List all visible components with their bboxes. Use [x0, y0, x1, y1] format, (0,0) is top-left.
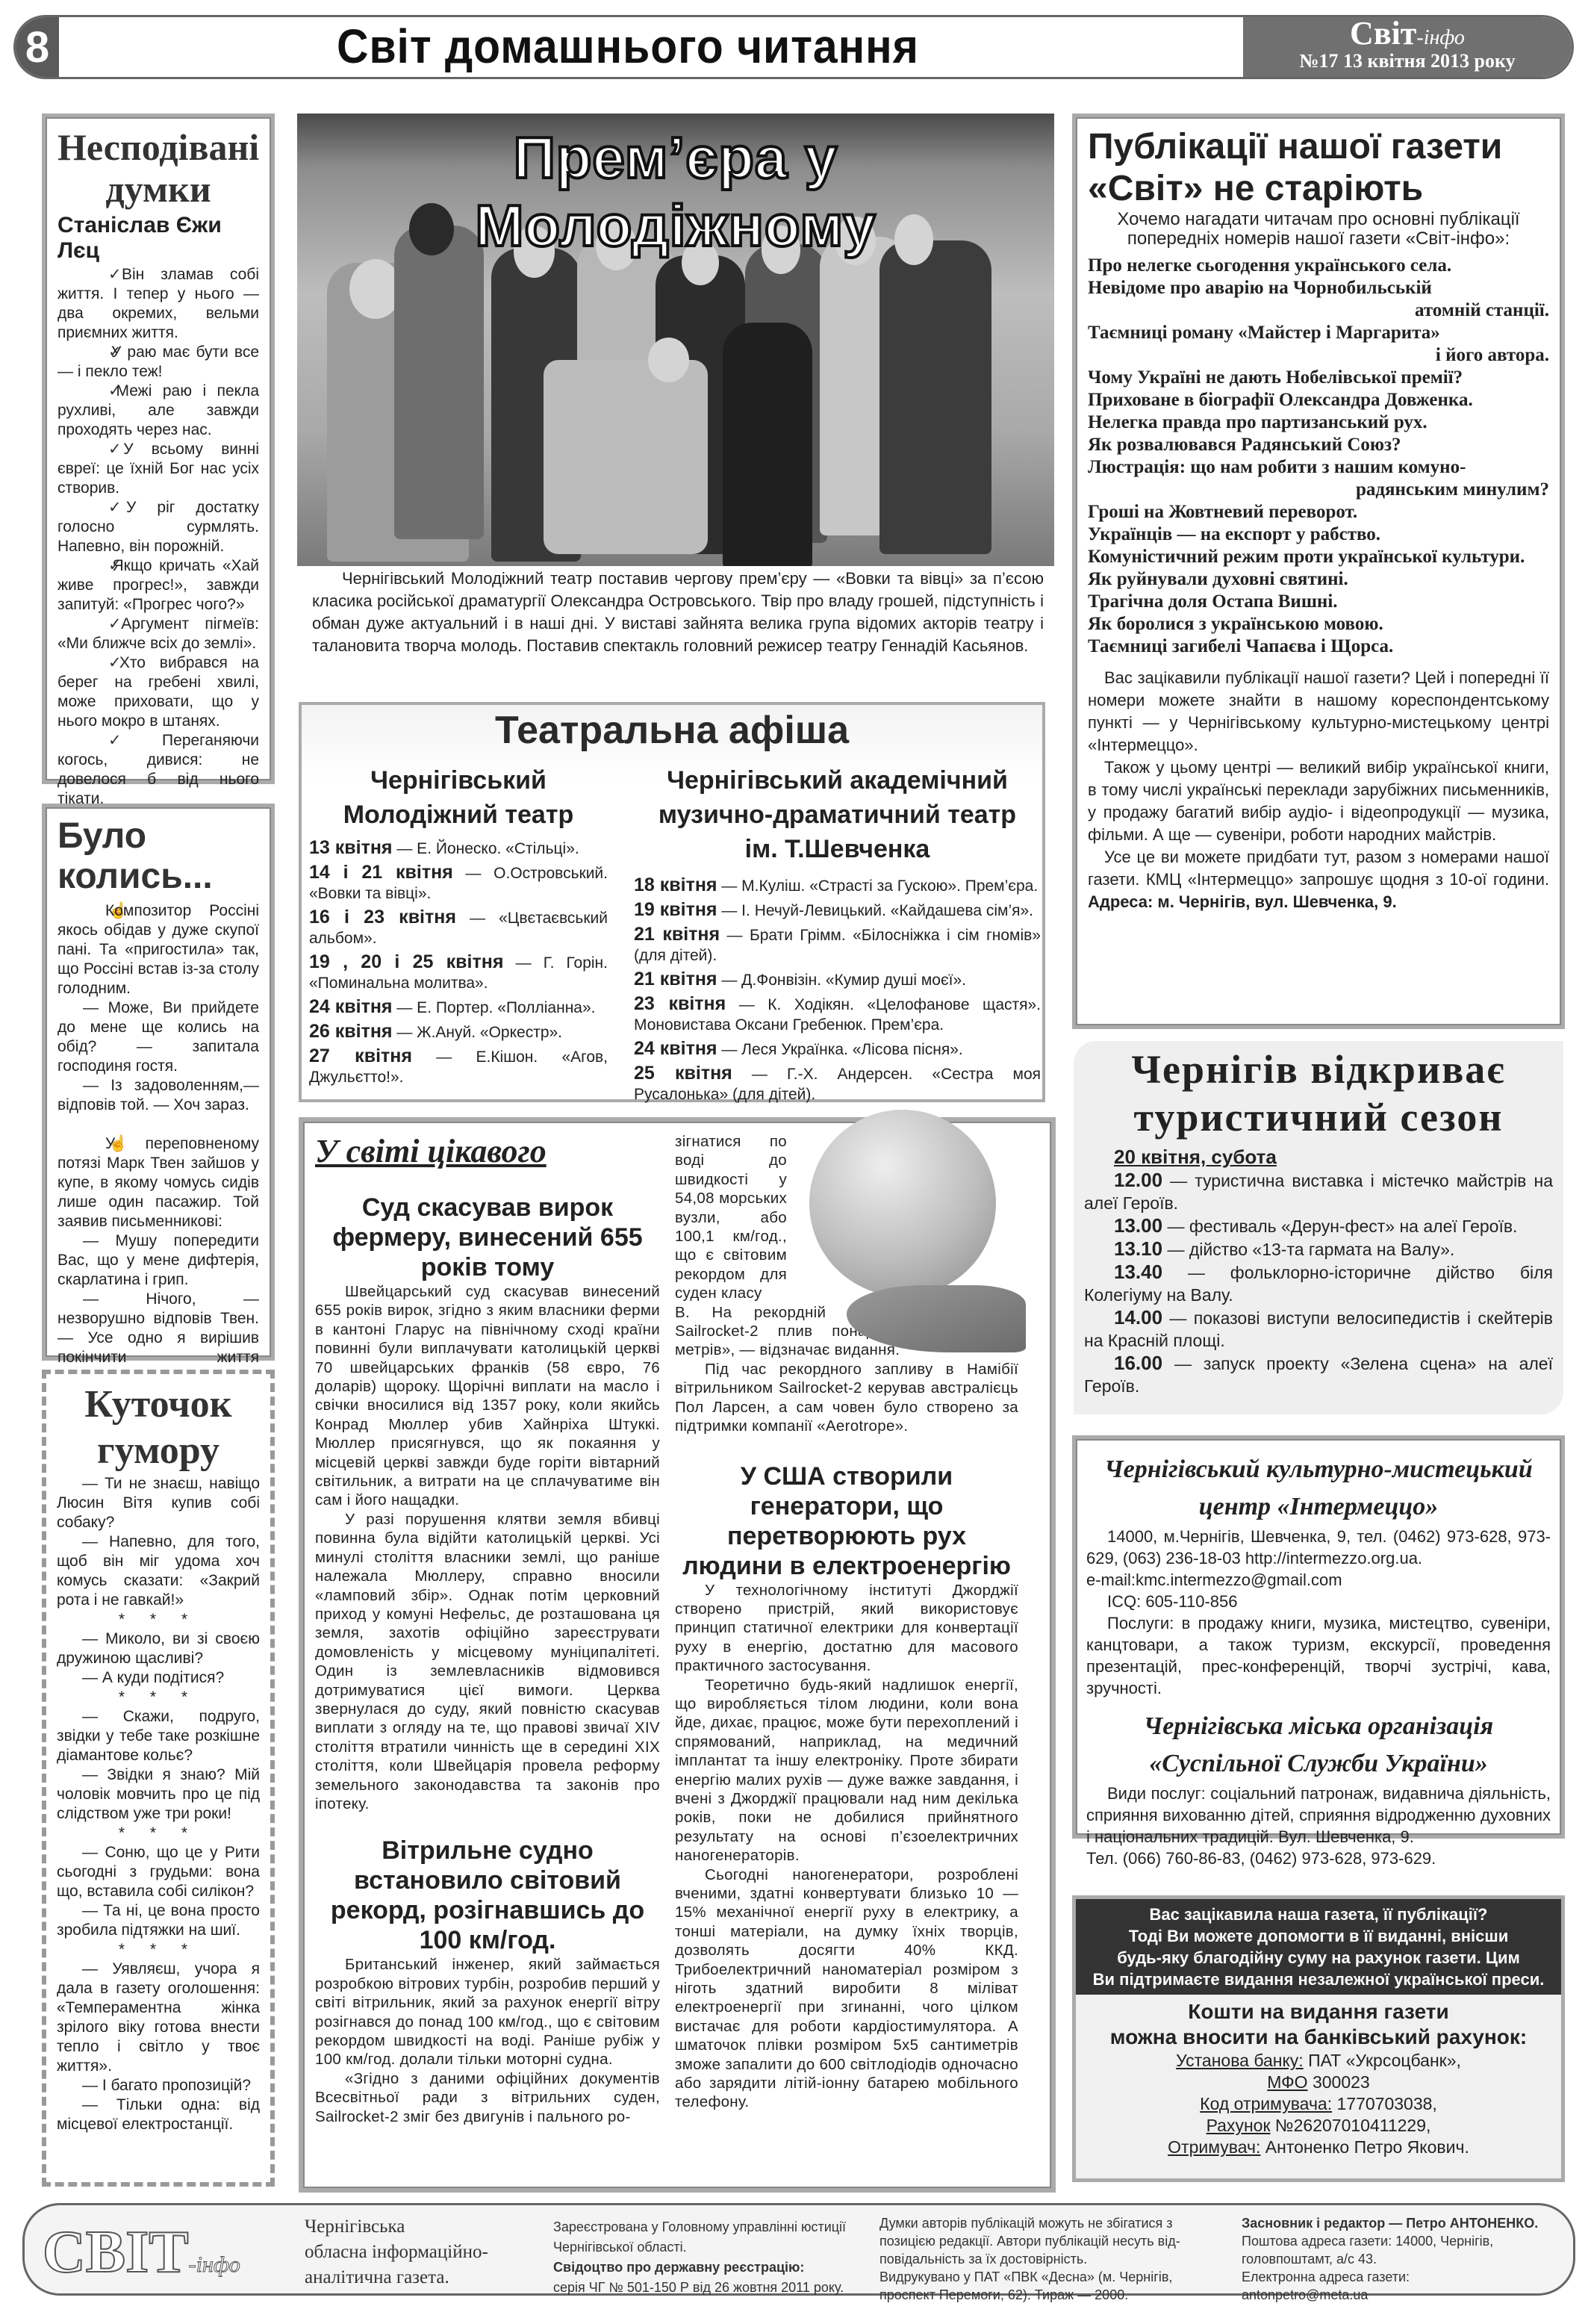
publications-body: Вас зацікавили публікації нашої газети? …: [1088, 667, 1549, 913]
joke-line: — Напевно, для того, щоб він міг удома х…: [57, 1532, 260, 1610]
masthead: 8 Світ домашнього читання Світ-інфо №17 …: [13, 15, 1574, 79]
shevchenko-theatre-plays: 18 квітня — М.Куліш. «Страсті за Гускою»…: [634, 875, 1041, 1104]
aphorism-item: ✓ Хто вибрався на берег на гребені хвилі…: [57, 653, 259, 731]
play-date: 14 і 21 квітня: [309, 862, 453, 883]
pointing-hand-icon: ☝: [83, 901, 105, 921]
play-date: 18 квітня: [634, 874, 717, 895]
play-date: 24 квітня: [634, 1038, 717, 1059]
premiere-photo: Прем’єра у Молодіжному: [297, 114, 1054, 566]
premiere-caption: Чернігівський Молодіжний театр поставив …: [312, 568, 1044, 657]
play-item: 23 квітня — К. Ходікян. «Целофанове щаст…: [634, 994, 1041, 1035]
youth-theatre-plays: 13 квітня — Е. Йонеско. «Стільці».14 і 2…: [309, 838, 608, 1087]
check-icon: ✓: [83, 440, 105, 459]
section-title: Світ домашнього читання: [337, 19, 919, 74]
social-phone: Тел. (066) 760-86-83, (0462) 973-628, 97…: [1086, 1848, 1551, 1869]
aphorism-item: ✓ У всьому винні євреї: це їхній Бог нас…: [57, 440, 259, 498]
check-icon: ✓: [83, 498, 105, 518]
joke-line: — Ти не знаєш, навіщо Люсин Вітя купив с…: [57, 1474, 260, 1532]
footer: СВІТ-інфо Чернігівськаобласна інформацій…: [22, 2203, 1575, 2296]
aphorism-item: ✓ Межі раю і пекла рухливі, але завжди п…: [57, 382, 259, 440]
joke-line: — А куди подітися?: [57, 1668, 260, 1688]
page-number: 8: [16, 17, 59, 77]
footer-disclaimer: Думки авторів публікацій можуть не збіга…: [879, 2214, 1180, 2304]
article-paragraph: Сьогодні наногенератори, розроблені вчен…: [675, 1865, 1018, 2112]
footer-line: повідальність за їх достовірність.: [879, 2250, 1180, 2268]
check-icon: ✓: [83, 265, 105, 285]
tourism-event: 13.40 — фольклорно-історичне дійство біл…: [1084, 1261, 1553, 1306]
joke-line: — Соню, що це у Рити сьогодні з грудьми:…: [57, 1843, 260, 1901]
play-item: 21 квітня — Брати Грімм. «Білосніжка і с…: [634, 925, 1041, 966]
tourism-events: 12.00 — туристична виставка і містечко м…: [1084, 1169, 1553, 1397]
event-time: 13.40: [1114, 1261, 1162, 1283]
story-paragraph: — Із задоволенням,— відповів той. — Хоч …: [57, 1076, 259, 1115]
check-icon: ✓: [83, 653, 105, 673]
publication-item: Українців — на експорт у рабство.: [1088, 523, 1549, 546]
joke-line: — Скажи, подруго, звідки у тебе таке роз…: [57, 1707, 260, 1765]
bank-details: Установа банку: ПАТ «Укрсоцбанк», МФО 30…: [1076, 2050, 1561, 2158]
publication-item: Приховане в біографії Олександра Довженк…: [1088, 389, 1549, 411]
tourism-event: 13.10 — дійство «13-та гармата на Валу».: [1084, 1237, 1553, 1261]
once-upon-box: Було колись... ☝Композитор Россіні якось…: [42, 804, 275, 1361]
play-item: 24 квітня — Леся Українка. «Лісова пісня…: [634, 1039, 1041, 1060]
joke-separator: * * *: [57, 1824, 260, 1843]
publications-box: Публікації нашої газети«Світ» не старіют…: [1072, 114, 1565, 1029]
publications-list: Про нелегке сьогодення українського села…: [1088, 255, 1549, 658]
social-services: Види послуг: соціальний патронаж, видавн…: [1086, 1783, 1551, 1848]
check-icon: ✓: [83, 343, 105, 362]
tourism-box: Чернігів відкриваєтуристичний сезон 20 к…: [1074, 1041, 1563, 1414]
tourism-title: Чернігів відкриваєтуристичний сезон: [1084, 1046, 1553, 1141]
play-item: 24 квітня — Е. Портер. «Полліанна».: [309, 997, 608, 1018]
play-date: 13 квітня: [309, 837, 393, 858]
footer-line: Чернігівської області.: [553, 2237, 846, 2258]
footer-logo: СВІТ-інфо: [43, 2219, 240, 2287]
story-paragraph: ☝Композитор Россіні якось обідав у дуже …: [57, 901, 259, 998]
intermezzo-icq: ICQ: 605-110-856: [1086, 1591, 1551, 1612]
shevchenko-theatre-name: Чернігівський академічниймузично-драмати…: [634, 763, 1041, 866]
footer-editor: Засновник і редактор — Петро АНТОНЕНКО.П…: [1242, 2214, 1538, 2304]
publication-item: Чому Україні не дають Нобелівської премі…: [1088, 367, 1549, 389]
story-twain: ☝У переповненому потязі Марк Твен зайшов…: [57, 1134, 259, 1406]
play-item: 14 і 21 квітня — О.Островський. «Вовки т…: [309, 863, 608, 904]
story-paragraph: — Може, Ви прийдете до мене ще колись на…: [57, 998, 259, 1076]
story-paragraph: — Мушу попередити Вас, що у мене дифтері…: [57, 1231, 259, 1290]
issue-info: №17 13 квітня 2013 року: [1243, 50, 1572, 72]
intermezzo-contacts: 14000, м.Чернігів, Шевченка, 9, тел. (04…: [1086, 1526, 1551, 1569]
publication-item-continuation: радянським минулим?: [1088, 479, 1549, 501]
footer-registration: Зареєстрована у Головному управлінні юст…: [553, 2217, 846, 2298]
play-date: 23 квітня: [634, 993, 726, 1014]
joke-separator: * * *: [57, 1610, 260, 1629]
play-date: 24 квітня: [309, 996, 393, 1017]
event-time: 12.00: [1114, 1169, 1162, 1191]
footer-line: серія ЧГ № 501-150 Р від 26 жовтня 2011 …: [553, 2278, 846, 2298]
article-paragraph: Швейцарський суд скасував винесений 655 …: [315, 1282, 660, 1510]
footer-line: аналітична газета.: [305, 2265, 488, 2290]
brand-box: Світ-інфо №17 13 квітня 2013 року: [1243, 17, 1572, 77]
article-generators-title: У США створили генератори, що перетворюю…: [675, 1461, 1018, 1581]
play-item: 19 квітня — І. Нечуй-Левицький. «Кайдаше…: [634, 900, 1041, 921]
publications-title: Публікації нашої газети«Світ» не старіют…: [1088, 126, 1549, 210]
publication-item: Як руйнували духовні святині.: [1088, 568, 1549, 591]
humor-box: Куточокгумору — Ти не знаєш, навіщо Люси…: [42, 1370, 275, 2187]
aphorisms-author: Станіслав Єжи Лєц: [57, 213, 259, 264]
article-sailboat-title: Вітрильне судно встановило світовий реко…: [315, 1836, 660, 1955]
joke-line: — Тільки одна: від місцевої електростанц…: [57, 2095, 260, 2134]
event-time: 14.00: [1114, 1306, 1162, 1329]
play-item: 26 квітня — Ж.Ануй. «Оркестр».: [309, 1022, 608, 1043]
aphorism-item: ✓ У раю має бути все — і пекло теж!: [57, 343, 259, 382]
pointing-hand-icon: ☝: [83, 1134, 105, 1154]
play-item: 16 і 23 квітня — «Цвєтаєвський альбом».: [309, 907, 608, 948]
aphorism-item: ✓ Аргумент пігмеїв: «Ми ближче всіх до з…: [57, 615, 259, 653]
humor-list: — Ти не знаєш, навіщо Люсин Вітя купив с…: [57, 1474, 260, 2134]
brand-logo: Світ-інфо: [1243, 17, 1572, 50]
publication-item: Таємниці загибелі Чапаєва і Щорса.: [1088, 636, 1549, 658]
footer-line: Чернігівська: [305, 2214, 488, 2240]
humor-title: Куточокгумору: [57, 1382, 260, 1474]
joke-separator: * * *: [57, 1940, 260, 1960]
donation-heading: Кошти на видання газетиможна вносити на …: [1076, 1999, 1561, 2050]
play-item: 18 квітня — М.Куліш. «Страсті за Гускою»…: [634, 875, 1041, 896]
intermezzo-title: Чернігівський культурно-мистецькийцентр …: [1086, 1451, 1551, 1526]
youth-theatre-name: ЧернігівськийМолодіжний театр: [309, 763, 608, 832]
publication-item: Таємниці роману «Майстер і Маргарита»і й…: [1088, 322, 1549, 367]
footer-line: обласна інформаційно-: [305, 2240, 488, 2265]
tourism-date: 20 квітня, субота: [1114, 1146, 1277, 1168]
footer-line: Електронна адреса газети:: [1242, 2268, 1538, 2286]
event-time: 13.00: [1114, 1214, 1162, 1237]
centers-box: Чернігівський культурно-мистецькийцентр …: [1072, 1435, 1565, 1839]
aphorism-item: ✓ Переганяючи когось, дивися: не довелос…: [57, 731, 259, 809]
aphorism-item: ✓ Якщо кричать «Хай живе прогрес!», завж…: [57, 556, 259, 615]
article-paragraph: У разі порушення клятви земля вбивці пов…: [315, 1510, 660, 1814]
play-date: 26 квітня: [309, 1021, 393, 1042]
tourism-event: 16.00 — запуск проекту «Зелена сцена» на…: [1084, 1352, 1553, 1397]
play-item: 19 , 20 і 25 квітня — Г. Горін. «Поминал…: [309, 952, 608, 993]
intermezzo-email[interactable]: e-mail:kmc.intermezzo@gmail.com: [1086, 1569, 1551, 1591]
publication-item: Як розвалювався Радянський Союз?: [1088, 434, 1549, 456]
footer-description: Чернігівськаобласна інформаційно-аналіти…: [305, 2214, 488, 2290]
footer-line: Засновник і редактор — Петро АНТОНЕНКО.: [1242, 2214, 1538, 2232]
check-icon: ✓: [83, 382, 105, 401]
joke-separator: * * *: [57, 1688, 260, 1707]
play-date: 19 квітня: [634, 899, 717, 920]
publication-item: Як боролися з українською мовою.: [1088, 613, 1549, 636]
play-date: 19 , 20 і 25 квітня: [309, 951, 503, 972]
play-date: 21 квітня: [634, 924, 720, 945]
tourism-event: 12.00 — туристична виставка і містечко м…: [1084, 1169, 1553, 1214]
play-item: 27 квітня — Е.Кішон. «Агов, Джульєтто!».: [309, 1046, 608, 1087]
footer-line: проспект Перемоги, 62). Тираж — 2000.: [879, 2286, 1180, 2304]
aphorism-item: ✓ У ріг достатку голосно сурмлять. Напев…: [57, 498, 259, 556]
story-rossini: ☝Композитор Россіні якось обідав у дуже …: [57, 901, 259, 1115]
joke-line: — Та ні, це вона просто зробила підтяжки…: [57, 1901, 260, 1940]
donation-appeal: Вас зацікавила наша газета, її публікаці…: [1076, 1899, 1561, 1995]
publication-item: Невідоме про аварію на Чорнобильськійато…: [1088, 277, 1549, 322]
check-icon: ✓: [83, 615, 105, 634]
event-time: 13.10: [1114, 1237, 1162, 1260]
once-upon-title: Було колись...: [57, 816, 259, 897]
publication-item-continuation: атомній станції.: [1088, 299, 1549, 322]
article-paragraph: «Згідно з даними офіційних документів Вс…: [315, 2069, 660, 2126]
social-service-title: Чернігівська міська організація«Суспільн…: [1086, 1708, 1551, 1783]
publication-item: Комуністичний режим проти української ку…: [1088, 546, 1549, 568]
publication-item: Про нелегке сьогодення українського села…: [1088, 255, 1549, 277]
article-paragraph: Британський інженер, який займається роз…: [315, 1955, 660, 2069]
photo-title: Прем’єра у Молодіжному: [308, 124, 1044, 260]
tourism-event: 13.00 — фестиваль «Дерун-фест» на алеї Г…: [1084, 1214, 1553, 1237]
aphorism-item: ✓ Він зламав собі життя. І тепер у нього…: [57, 265, 259, 343]
joke-line: — Миколо, ви зі своєю дружиною щасливі?: [57, 1629, 260, 1668]
footer-line: позицією редакції. Автори публікацій нес…: [879, 2232, 1180, 2250]
aphorisms-list: ✓ Він зламав собі життя. І тепер у нього…: [57, 265, 259, 809]
footer-line: Зареєстрована у Головному управлінні юст…: [553, 2217, 846, 2237]
tourism-event: 14.00 — показові виступи велосипедистів …: [1084, 1306, 1553, 1352]
rubric-title: У світі цікавого: [315, 1132, 660, 1170]
footer-line: Поштова адреса газети: 14000, Чернігів,: [1242, 2232, 1538, 2250]
joke-line: — І багато пропозицій?: [57, 2076, 260, 2095]
publications-lead: Хочемо нагадати читачам про основні публ…: [1088, 210, 1549, 249]
aphorisms-box: Несподіванідумки Станіслав Єжи Лєц ✓ Він…: [42, 114, 275, 784]
play-item: 25 квітня — Г.-Х. Андерсен. «Сестра моя …: [634, 1063, 1041, 1104]
article-paragraph: У технологічному інституті Джорджії ство…: [675, 1581, 1018, 1676]
article-court-title: Суд скасував вирок фермеру, винесений 65…: [315, 1193, 660, 1282]
play-date: 21 квітня: [634, 969, 717, 989]
publication-item: Гроші на Жовтневий переворот.: [1088, 501, 1549, 523]
story-paragraph: ☝У переповненому потязі Марк Твен зайшов…: [57, 1134, 259, 1231]
publication-item: Люстрація: що нам робити з нашим комуно-…: [1088, 456, 1549, 501]
check-icon: ✓: [83, 731, 105, 751]
intermezzo-services: Послуги: в продажу книги, музика, мистец…: [1086, 1612, 1551, 1699]
article-paragraph: Теоретично будь-який надлишок енергії, щ…: [675, 1676, 1018, 1865]
curious-box: У світі цікавого Суд скасував вирок ферм…: [299, 1117, 1056, 2193]
footer-line: Свідоцтво про державну реєстрацію:: [553, 2258, 846, 2278]
globe-in-hand-image: [809, 1110, 996, 1296]
afisha-title: Театральна афіша: [302, 708, 1042, 753]
theatre-afisha: Театральна афіша ЧернігівськийМолодіжний…: [299, 702, 1045, 1102]
footer-line: Думки авторів публікацій можуть не збіга…: [879, 2214, 1180, 2232]
play-date: 27 квітня: [309, 1046, 412, 1066]
donation-box: Вас зацікавила наша газета, її публікаці…: [1072, 1895, 1565, 2182]
joke-line: — Уявляєш, учора я дала в газету оголоше…: [57, 1960, 260, 2076]
play-item: 21 квітня — Д.Фонвізін. «Кумир душі моєї…: [634, 969, 1041, 990]
play-date: 16 і 23 квітня: [309, 907, 456, 928]
joke-line: — Звідки я знаю? Мій чоловік мовчить про…: [57, 1765, 260, 1824]
address: Адреса: м. Чернігів, вул. Шевченка, 9.: [1088, 892, 1397, 911]
aphorisms-title: Несподіванідумки: [57, 126, 259, 210]
play-item: 13 квітня — Е. Йонеско. «Стільці».: [309, 838, 608, 859]
youth-theatre: ЧернігівськийМолодіжний театр 13 квітня …: [309, 763, 608, 1091]
article-court: У світі цікавого Суд скасував вирок ферм…: [315, 1132, 660, 2126]
shevchenko-theatre: Чернігівський академічниймузично-драмати…: [634, 763, 1041, 1108]
play-date: 25 квітня: [634, 1063, 732, 1084]
article-generators: зігнатися по воді до швидкості у 54,08 м…: [675, 1132, 1018, 2185]
event-time: 16.00: [1114, 1352, 1162, 1374]
publication-item: Нелегка правда про партизанський рух.: [1088, 411, 1549, 434]
footer-line[interactable]: antonpetro@meta.ua: [1242, 2286, 1538, 2304]
check-icon: ✓: [83, 556, 105, 576]
footer-line: головпоштамт, а/с 43.: [1242, 2250, 1538, 2268]
publication-item-continuation: і його автора.: [1088, 344, 1549, 367]
footer-line: Видрукувано у ПАТ «ПВК «Десна» (м. Черні…: [879, 2268, 1180, 2286]
publication-item: Трагічна доля Остапа Вишні.: [1088, 591, 1549, 613]
